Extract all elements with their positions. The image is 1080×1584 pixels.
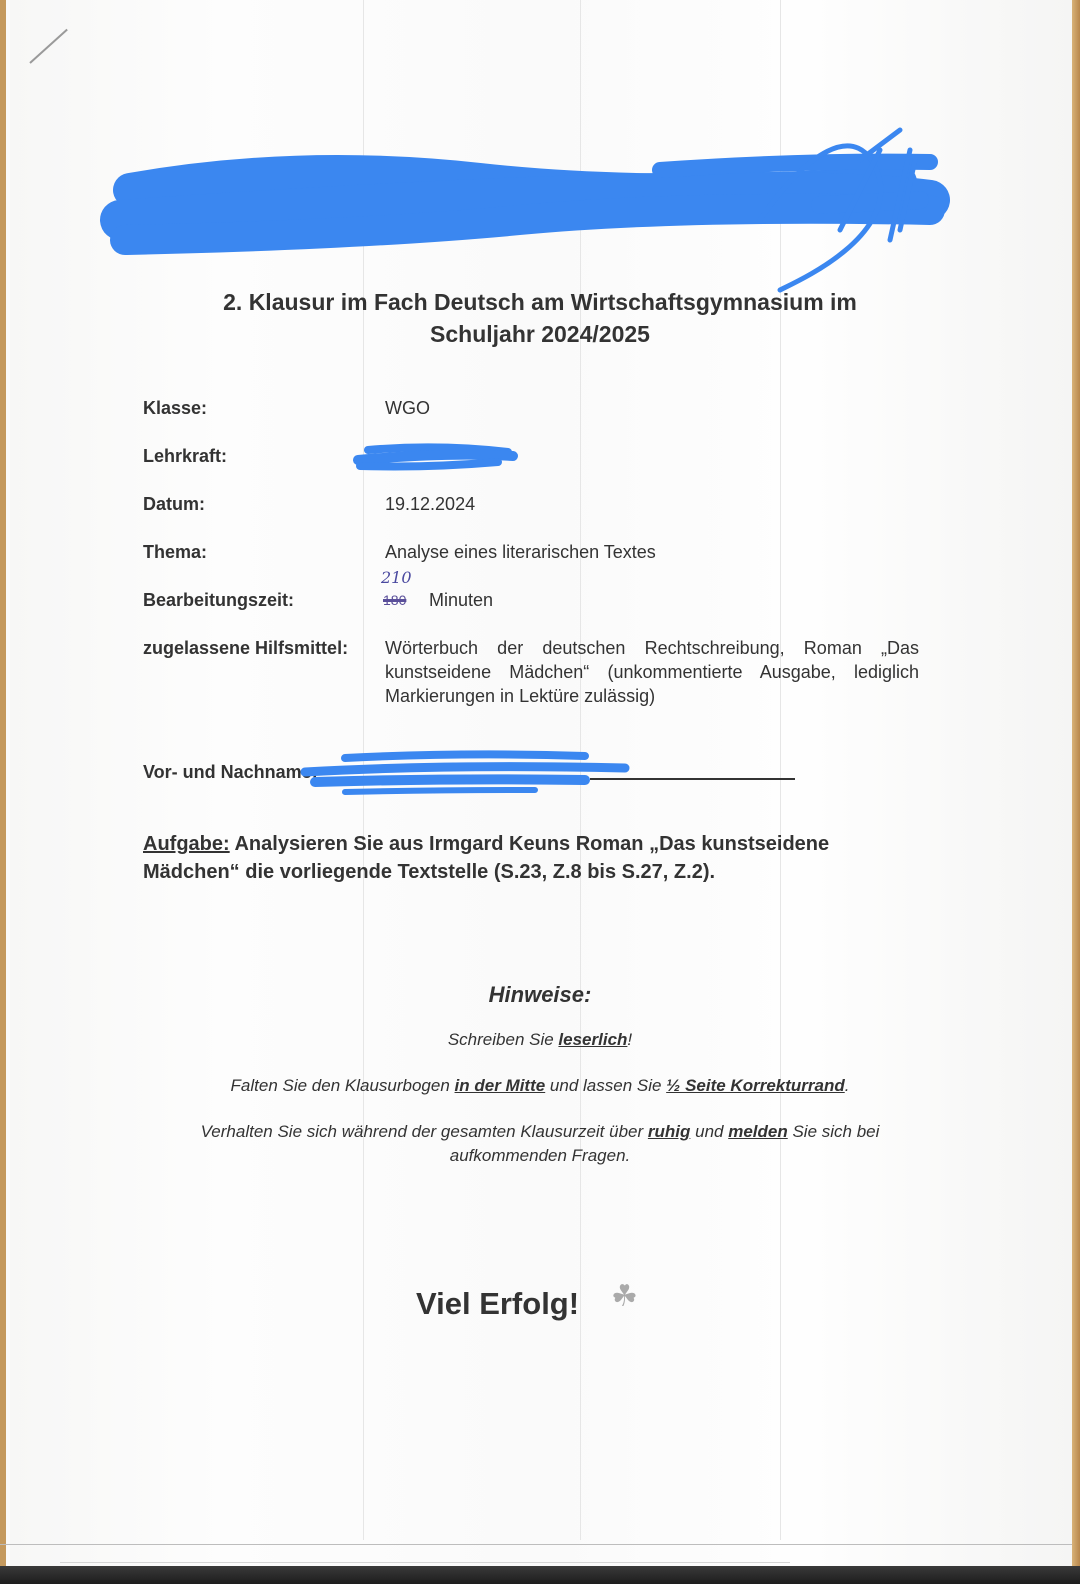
field-hilfsmittel: zugelassene Hilfsmittel: Wörterbuch der … xyxy=(143,638,943,728)
desk-edge-right xyxy=(1072,0,1080,1584)
field-klasse: Klasse: WGO xyxy=(143,398,943,446)
four-leaf-clover-icon: ☘ xyxy=(611,1279,638,1314)
field-thema: Thema: Analyse eines literarischen Texte… xyxy=(143,542,943,590)
field-label: Bearbeitungszeit: xyxy=(143,590,294,611)
hint-1: Schreiben Sie leserlich! xyxy=(140,1028,940,1052)
redaction-scribble-teacher xyxy=(348,440,523,474)
field-label: Thema: xyxy=(143,542,207,563)
field-label: zugelassene Hilfsmittel: xyxy=(143,638,348,659)
field-value: Minuten xyxy=(429,590,493,611)
field-value: Wörterbuch der deutschen Rechtschreibung… xyxy=(385,636,919,708)
field-lehrkraft: Lehrkraft: xyxy=(143,446,943,494)
exam-title: 2. Klausur im Fach Deutsch am Wirtschaft… xyxy=(150,286,930,350)
paper-edge-line xyxy=(60,1562,790,1563)
task-text: Analysieren Sie aus Irmgard Keuns Roman … xyxy=(143,833,829,883)
redaction-scribble-name xyxy=(285,750,635,800)
desk-edge-left xyxy=(0,0,6,1584)
task-label: Aufgabe: xyxy=(143,833,230,855)
hints-section: Hinweise: Schreiben Sie leserlich! Falte… xyxy=(140,982,940,1168)
hints-heading: Hinweise: xyxy=(140,982,940,1008)
desk-edge-line xyxy=(0,1544,1072,1545)
field-value: 19.12.2024 xyxy=(385,494,475,515)
hint-2: Falten Sie den Klausurbogen in der Mitte… xyxy=(140,1074,940,1098)
task-statement: Aufgabe: Analysieren Sie aus Irmgard Keu… xyxy=(143,830,923,886)
field-value: WGO xyxy=(385,398,430,419)
hint-3: Verhalten Sie sich während der gesamten … xyxy=(140,1120,940,1168)
title-line-2: Schuljahr 2024/2025 xyxy=(150,318,930,350)
field-value: Analyse eines literarischen Textes xyxy=(385,542,656,563)
field-datum: Datum: 19.12.2024 xyxy=(143,494,943,542)
closing-text: Viel Erfolg! xyxy=(416,1286,579,1322)
title-line-1: 2. Klausur im Fach Deutsch am Wirtschaft… xyxy=(150,286,930,318)
field-label: Datum: xyxy=(143,494,205,515)
struck-out-value: 180 xyxy=(383,592,406,608)
field-label: Lehrkraft: xyxy=(143,446,227,467)
exam-info: Klasse: WGO Lehrkraft: Datum: 19.12.2024… xyxy=(143,398,943,728)
field-label: Klasse: xyxy=(143,398,207,419)
redaction-scribble-header xyxy=(100,120,950,300)
field-bearbeitungszeit: Bearbeitungszeit: 210 180 Minuten xyxy=(143,590,943,638)
handwritten-correction: 210 xyxy=(381,568,412,587)
desk-surface xyxy=(0,1566,1080,1584)
